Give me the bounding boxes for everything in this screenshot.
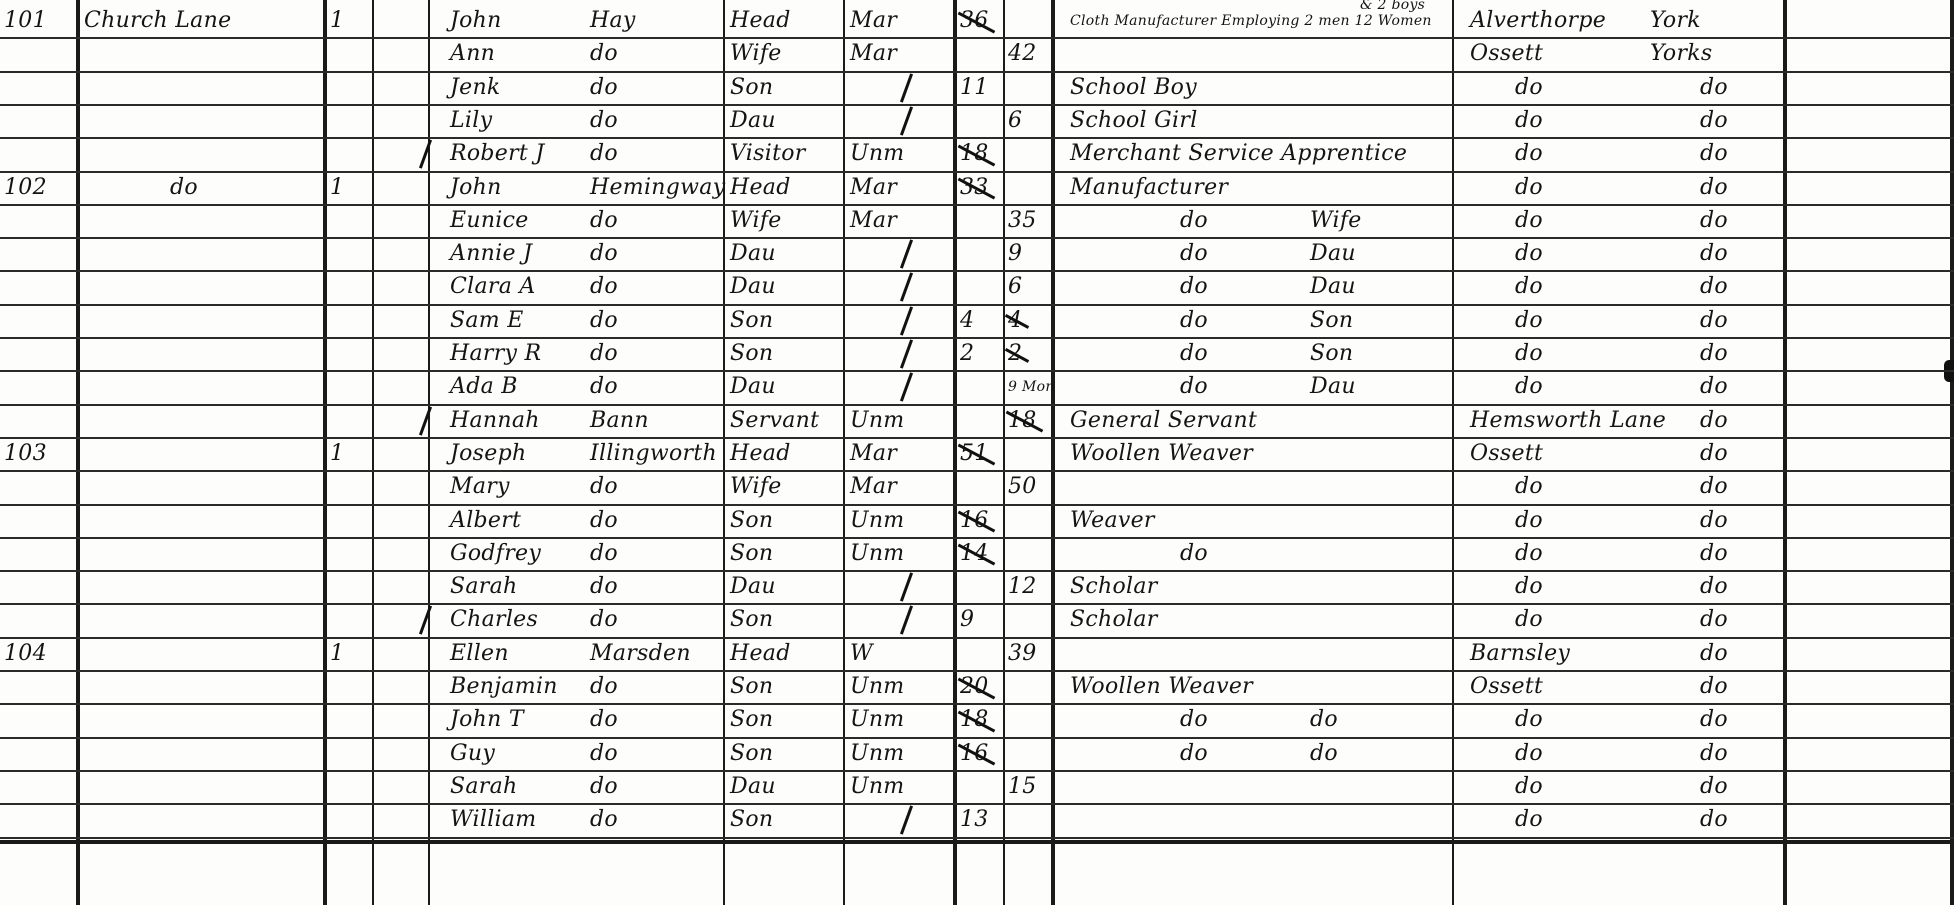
relation-text: Head: [730, 441, 791, 466]
relation-cell: Wife: [730, 475, 782, 499]
birthplace-county-text: do: [1700, 641, 1728, 666]
occupation-text: do: [1180, 341, 1208, 366]
forename-text: John: [450, 175, 502, 200]
birthplace-town-text: do: [1515, 308, 1543, 333]
condition-slash-mark: [900, 73, 913, 102]
surname-text: do: [590, 208, 618, 233]
surname-cell: Hemingway: [590, 176, 725, 200]
occupation-cell: do: [1180, 309, 1208, 333]
birthplace-county-text: do: [1700, 75, 1728, 100]
condition-text: Unm: [850, 774, 904, 799]
birthplace-town-text: Ossett: [1470, 441, 1543, 466]
occupation-text: General Servant: [1070, 408, 1257, 433]
birthplace-town-cell: Ossett: [1470, 442, 1543, 466]
birthplace-county-cell: do: [1700, 209, 1728, 233]
condition-cell: Unm: [850, 742, 904, 766]
census-row: Clara AdoDau6doDaudodo: [0, 270, 1954, 303]
relation-text: Son: [730, 707, 773, 732]
birthplace-town-cell: Ossett: [1470, 42, 1543, 66]
forename-text: Ada B: [450, 374, 518, 399]
birthplace-county-text: do: [1700, 541, 1728, 566]
condition-text: Mar: [850, 41, 897, 66]
birthplace-town-cell: Ossett: [1470, 675, 1543, 699]
birthplace-county-text: do: [1700, 441, 1728, 466]
age-female-cell: 4: [1008, 309, 1022, 333]
age-male-cell: 16: [960, 509, 989, 533]
relation-cell: Son: [730, 675, 773, 699]
census-row: Sam EdoSon44doSondodo: [0, 304, 1954, 337]
relation-text: Dau: [730, 574, 776, 599]
census-row: BenjamindoSonUnm20Woollen WeaverOssettdo: [0, 670, 1954, 703]
schedule-no-text: 101: [4, 8, 47, 33]
schedule-no-cell: 104: [4, 642, 47, 666]
forename-cell: William: [450, 808, 536, 832]
houses-inhabited-text: 1: [330, 641, 344, 666]
age-female-cell: 15: [1008, 775, 1037, 799]
occupation-text: do: [1180, 741, 1208, 766]
census-row: MarydoWifeMar50dodo: [0, 470, 1954, 503]
census-row: GuydoSonUnm16dodododo: [0, 737, 1954, 770]
birthplace-town-text: do: [1515, 175, 1543, 200]
relation-text: Son: [730, 607, 773, 632]
forename-cell: Jenk: [450, 76, 501, 100]
birthplace-town-text: do: [1515, 141, 1543, 166]
forename-cell: Joseph: [450, 442, 526, 466]
birthplace-town-cell: Barnsley: [1470, 642, 1570, 666]
birthplace-county-cell: do: [1700, 109, 1728, 133]
age-female-cell: 50: [1008, 475, 1037, 499]
age-male-cell: 11: [960, 76, 989, 100]
age-male-text: 2: [960, 341, 974, 366]
surname-text: do: [590, 374, 618, 399]
forename-cell: Sarah: [450, 575, 518, 599]
age-female-text: 42: [1008, 41, 1037, 66]
condition-slash-mark: [900, 106, 913, 135]
age-female-cell: 18: [1008, 409, 1037, 433]
surname-text: Hay: [590, 8, 636, 33]
relation-cell: Wife: [730, 209, 782, 233]
relation-cell: Dau: [730, 375, 776, 399]
birthplace-county-text: York: [1650, 8, 1701, 33]
condition-slash-mark: [900, 806, 913, 835]
occupation-2-text: do: [1310, 741, 1338, 766]
forename-cell: Sarah: [450, 775, 518, 799]
birthplace-town-text: Ossett: [1470, 41, 1543, 66]
row-ruling: [0, 104, 1954, 106]
census-row: 102do1JohnHemingwayHeadMar33Manufacturer…: [0, 171, 1954, 204]
row-ruling: [0, 470, 1954, 472]
surname-text: do: [590, 241, 618, 266]
surname-cell: do: [590, 142, 618, 166]
birthplace-county-text: do: [1700, 508, 1728, 533]
forename-text: Sarah: [450, 574, 518, 599]
relation-text: Son: [730, 508, 773, 533]
surname-text: do: [590, 541, 618, 566]
forename-text: Robert J: [450, 141, 544, 166]
census-row: AnndoWifeMar42OssettYorks: [0, 37, 1954, 70]
census-row: John TdoSonUnm18dodododo: [0, 703, 1954, 736]
birthplace-county-cell: do: [1700, 808, 1728, 832]
forename-text: William: [450, 807, 536, 832]
condition-text: Mar: [850, 474, 897, 499]
age-female-text: 4: [1008, 308, 1022, 333]
age-male-cell: 14: [960, 542, 989, 566]
age-female-cell: 9 Mon: [1008, 375, 1055, 399]
surname-text: do: [590, 707, 618, 732]
surname-text: do: [590, 607, 618, 632]
surname-text: Bann: [590, 408, 649, 433]
relation-cell: Dau: [730, 775, 776, 799]
age-male-cell: 20: [960, 675, 989, 699]
page-bottom-rule: [0, 840, 1954, 844]
surname-cell: Illingworth: [590, 442, 717, 466]
birthplace-county-text: do: [1700, 707, 1728, 732]
birthplace-town-cell: do: [1515, 808, 1543, 832]
surname-cell: do: [590, 375, 618, 399]
relation-text: Son: [730, 341, 773, 366]
relation-cell: Son: [730, 608, 773, 632]
surname-text: do: [590, 274, 618, 299]
birthplace-town-cell: do: [1515, 742, 1543, 766]
birthplace-town-cell: do: [1515, 76, 1543, 100]
relation-cell: Dau: [730, 109, 776, 133]
age-male-cell: 9: [960, 608, 974, 632]
birthplace-town-cell: do: [1515, 242, 1543, 266]
birthplace-town-cell: do: [1515, 275, 1543, 299]
birthplace-town-cell: do: [1515, 109, 1543, 133]
forename-cell: Albert: [450, 509, 521, 533]
birthplace-county-cell: do: [1700, 409, 1728, 433]
surname-cell: do: [590, 775, 618, 799]
surname-cell: Hay: [590, 9, 636, 33]
relation-text: Dau: [730, 374, 776, 399]
birthplace-county-cell: do: [1700, 708, 1728, 732]
surname-text: do: [590, 574, 618, 599]
birthplace-county-cell: York: [1650, 9, 1701, 33]
condition-text: W: [850, 641, 873, 666]
schedule-no-cell: 101: [4, 9, 47, 33]
surname-text: do: [590, 674, 618, 699]
surname-cell: Marsden: [590, 642, 691, 666]
forename-text: Ellen: [450, 641, 509, 666]
birthplace-town-text: do: [1515, 208, 1543, 233]
occupation-2-text: Son: [1310, 308, 1353, 333]
relation-cell: Visitor: [730, 142, 806, 166]
birthplace-county-text: do: [1700, 674, 1728, 699]
occupation-text: do: [1180, 707, 1208, 732]
birthplace-county-text: do: [1700, 308, 1728, 333]
condition-cell: Mar: [850, 442, 897, 466]
condition-cell: Mar: [850, 9, 897, 33]
surname-cell: do: [590, 109, 618, 133]
occupation-text: do: [1180, 274, 1208, 299]
relation-text: Servant: [730, 408, 819, 433]
birthplace-town-text: do: [1515, 241, 1543, 266]
surname-cell: do: [590, 575, 618, 599]
birthplace-county-cell: do: [1700, 475, 1728, 499]
row-ruling: [0, 171, 1954, 173]
surname-text: do: [590, 508, 618, 533]
relation-text: Head: [730, 8, 791, 33]
condition-text: Unm: [850, 674, 904, 699]
forename-text: Clara A: [450, 274, 536, 299]
relation-text: Dau: [730, 774, 776, 799]
forename-cell: Hannah: [450, 409, 540, 433]
occupation-text: do: [1180, 541, 1208, 566]
row-ruling: [0, 71, 1954, 73]
birthplace-county-cell: do: [1700, 675, 1728, 699]
birthplace-town-cell: do: [1515, 142, 1543, 166]
birthplace-county-cell: do: [1700, 76, 1728, 100]
birthplace-county-cell: do: [1700, 142, 1728, 166]
occupation-2-cell: Wife: [1310, 209, 1362, 233]
row-ruling: [0, 637, 1954, 639]
row-ruling: [0, 137, 1954, 139]
condition-text: Mar: [850, 8, 897, 33]
surname-cell: do: [590, 742, 618, 766]
age-male-text: 36: [960, 8, 989, 33]
occupation-text: School Girl: [1070, 108, 1198, 133]
age-female-cell: 6: [1008, 109, 1022, 133]
condition-text: Mar: [850, 208, 897, 233]
surname-cell: do: [590, 42, 618, 66]
surname-cell: do: [590, 275, 618, 299]
schedule-no-cell: 103: [4, 442, 47, 466]
forename-cell: Ann: [450, 42, 495, 66]
forename-text: John: [450, 8, 502, 33]
relation-cell: Son: [730, 309, 773, 333]
birthplace-county-text: do: [1700, 474, 1728, 499]
condition-cell: Mar: [850, 42, 897, 66]
row-ruling: [0, 603, 1954, 605]
surname-cell: do: [590, 309, 618, 333]
surname-text: do: [590, 141, 618, 166]
condition-cell: Mar: [850, 176, 897, 200]
age-male-cell: 36: [960, 9, 989, 33]
age-male-text: 33: [960, 175, 989, 200]
occupation-cell: do: [1180, 375, 1208, 399]
forename-text: Eunice: [450, 208, 529, 233]
age-female-cell: 2: [1008, 342, 1022, 366]
surname-text: do: [590, 474, 618, 499]
birthplace-county-text: do: [1700, 574, 1728, 599]
occupation-2-cell: Dau: [1310, 375, 1356, 399]
forename-cell: Annie J: [450, 242, 532, 266]
birthplace-town-text: do: [1515, 541, 1543, 566]
occupation-cell: do: [1180, 275, 1208, 299]
occupation-cell: do: [1180, 708, 1208, 732]
condition-text: Unm: [850, 141, 904, 166]
occupation-cell: General Servant: [1070, 409, 1257, 433]
occupation-cell: School Boy: [1070, 76, 1197, 100]
age-female-text: 9: [1008, 241, 1022, 266]
occupation-2-cell: do: [1310, 708, 1338, 732]
birthplace-town-text: Ossett: [1470, 674, 1543, 699]
row-ruling: [0, 504, 1954, 506]
houses-inhabited-cell: 1: [330, 9, 344, 33]
row-ruling: [0, 370, 1954, 372]
age-male-cell: 13: [960, 808, 989, 832]
relation-cell: Head: [730, 642, 791, 666]
birthplace-town-text: do: [1515, 774, 1543, 799]
condition-cell: Unm: [850, 142, 904, 166]
occupation-cell: do: [1180, 542, 1208, 566]
birthplace-town-text: do: [1515, 508, 1543, 533]
forename-text: Guy: [450, 741, 495, 766]
surname-cell: do: [590, 808, 618, 832]
age-male-cell: 16: [960, 742, 989, 766]
forename-cell: Sam E: [450, 309, 524, 333]
age-male-text: 14: [960, 541, 989, 566]
condition-cell: W: [850, 642, 873, 666]
relation-cell: Son: [730, 509, 773, 533]
surname-cell: do: [590, 509, 618, 533]
forename-text: Annie J: [450, 241, 532, 266]
age-female-text: 6: [1008, 274, 1022, 299]
forename-cell: John: [450, 176, 502, 200]
relation-cell: Dau: [730, 575, 776, 599]
row-ruling: [0, 237, 1954, 239]
occupation-cell: do: [1180, 742, 1208, 766]
age-male-cell: 2: [960, 342, 974, 366]
surname-text: do: [590, 741, 618, 766]
surname-text: do: [590, 807, 618, 832]
surname-cell: do: [590, 242, 618, 266]
relation-cell: Servant: [730, 409, 819, 433]
occupation-text: Merchant Service Apprentice: [1070, 141, 1407, 166]
birthplace-town-cell: Alverthorpe: [1470, 9, 1606, 33]
relation-text: Son: [730, 741, 773, 766]
census-row: 101Church Lane1JohnHayHeadMar36Cloth Man…: [0, 4, 1954, 37]
forename-cell: Charles: [450, 608, 538, 632]
relation-text: Head: [730, 175, 791, 200]
forename-text: Harry R: [450, 341, 541, 366]
forename-text: Godfrey: [450, 541, 541, 566]
birthplace-town-cell: do: [1515, 209, 1543, 233]
birthplace-town-text: do: [1515, 75, 1543, 100]
condition-text: Unm: [850, 408, 904, 433]
forename-cell: Benjamin: [450, 675, 558, 699]
age-male-cell: 18: [960, 708, 989, 732]
occupation-2-text: Son: [1310, 341, 1353, 366]
birthplace-county-cell: do: [1700, 242, 1728, 266]
surname-text: do: [590, 341, 618, 366]
row-ruling: [0, 803, 1954, 805]
forename-cell: John: [450, 9, 502, 33]
schedule-no-text: 104: [4, 641, 47, 666]
row-ruling: [0, 337, 1954, 339]
condition-slash-mark: [900, 306, 913, 335]
census-row: Annie JdoDau9doDaudodo: [0, 237, 1954, 270]
occupation-text: do: [1180, 308, 1208, 333]
surname-cell: do: [590, 342, 618, 366]
census-row: WilliamdoSon13dodo: [0, 803, 1954, 836]
birthplace-town-cell: do: [1515, 475, 1543, 499]
relation-text: Visitor: [730, 141, 806, 166]
surname-cell: do: [590, 608, 618, 632]
birthplace-county-cell: do: [1700, 176, 1728, 200]
surname-cell: do: [590, 675, 618, 699]
row-ruling: [0, 437, 1954, 439]
age-male-text: 16: [960, 508, 989, 533]
birthplace-town-text: Hemsworth Lane: [1470, 408, 1666, 433]
birthplace-county-text: do: [1700, 208, 1728, 233]
forename-cell: Robert J: [450, 142, 544, 166]
surname-text: do: [590, 308, 618, 333]
age-male-text: 11: [960, 75, 989, 100]
occupation-2-cell: Son: [1310, 342, 1353, 366]
birthplace-town-text: do: [1515, 607, 1543, 632]
birthplace-county-cell: do: [1700, 275, 1728, 299]
birthplace-town-cell: do: [1515, 375, 1543, 399]
birthplace-county-text: do: [1700, 108, 1728, 133]
census-row: SarahdoDauUnm15dodo: [0, 770, 1954, 803]
birthplace-county-cell: do: [1700, 442, 1728, 466]
occupation-cell: Manufacturer: [1070, 176, 1228, 200]
birthplace-county-cell: do: [1700, 775, 1728, 799]
census-page: 101Church Lane1JohnHayHeadMar36Cloth Man…: [0, 0, 1954, 905]
houses-inhabited-text: 1: [330, 175, 344, 200]
birthplace-town-cell: do: [1515, 309, 1543, 333]
age-female-text: 9 Mon: [1008, 379, 1055, 395]
age-male-text: 18: [960, 141, 989, 166]
birthplace-county-text: do: [1700, 408, 1728, 433]
occupation-text: do: [1180, 208, 1208, 233]
age-male-text: 18: [960, 707, 989, 732]
relation-text: Dau: [730, 108, 776, 133]
age-male-cell: 33: [960, 176, 989, 200]
forename-cell: Eunice: [450, 209, 529, 233]
birthplace-county-text: do: [1700, 741, 1728, 766]
forename-text: Albert: [450, 508, 521, 533]
age-male-text: 20: [960, 674, 989, 699]
birthplace-town-text: do: [1515, 741, 1543, 766]
birthplace-town-text: do: [1515, 108, 1543, 133]
relation-cell: Son: [730, 808, 773, 832]
condition-slash-mark: [900, 572, 913, 601]
occupation-cell: Scholar: [1070, 608, 1158, 632]
forename-cell: Lily: [450, 109, 492, 133]
row-ruling: [0, 304, 1954, 306]
age-female-cell: 6: [1008, 275, 1022, 299]
road-street-text: Church Lane: [84, 8, 231, 33]
age-male-text: 4: [960, 308, 974, 333]
age-male-cell: 4: [960, 309, 974, 333]
age-male-text: 9: [960, 607, 974, 632]
condition-cell: Unm: [850, 509, 904, 533]
relation-cell: Son: [730, 76, 773, 100]
condition-slash-mark: [900, 373, 913, 402]
occupation-text: Woollen Weaver: [1070, 674, 1253, 699]
schedule-no-cell: 102: [4, 176, 47, 200]
age-female-cell: 39: [1008, 642, 1037, 666]
birthplace-county-cell: Yorks: [1650, 42, 1713, 66]
row-ruling: [0, 770, 1954, 772]
birthplace-county-cell: do: [1700, 542, 1728, 566]
birthplace-town-cell: do: [1515, 542, 1543, 566]
census-row: 1041EllenMarsdenHeadW39Barnsleydo: [0, 637, 1954, 670]
birthplace-county-cell: do: [1700, 342, 1728, 366]
census-row: AlbertdoSonUnm16Weaverdodo: [0, 504, 1954, 537]
birthplace-county-cell: do: [1700, 608, 1728, 632]
relation-text: Wife: [730, 474, 782, 499]
condition-cell: Unm: [850, 675, 904, 699]
condition-cell: Mar: [850, 209, 897, 233]
condition-text: Unm: [850, 541, 904, 566]
birthplace-county-text: do: [1700, 341, 1728, 366]
relation-cell: Head: [730, 442, 791, 466]
forename-text: John T: [450, 707, 524, 732]
